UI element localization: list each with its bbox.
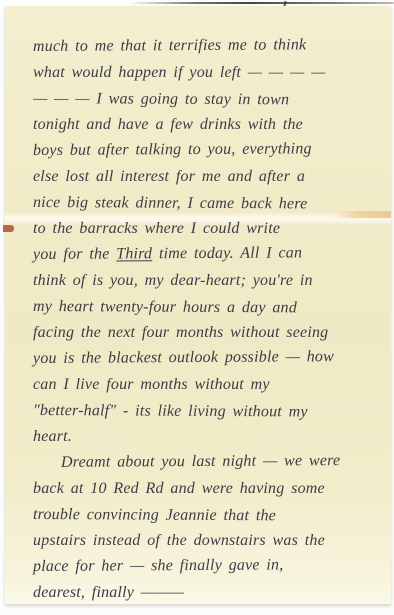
letter-line: you is the blackest outlook possible — h… [33, 344, 385, 372]
letter-line: can I live four months without my [33, 372, 385, 398]
letter-scan: much to me that it terrifies me to think… [0, 0, 394, 615]
letter-line: "better-half" - its like living without … [33, 398, 385, 426]
letter-line: boys but after talking to you, everythin… [33, 136, 385, 164]
underlined-word: Third [116, 245, 152, 262]
fold-stain-left [3, 225, 14, 232]
letter-line: you for the Third time today. All I can [33, 240, 385, 268]
letter-line: else lost all interest for me and after … [33, 164, 385, 190]
letter-line: back at 10 Red Rd and were having some [33, 476, 385, 502]
letter-line-segment: you for the [33, 245, 116, 263]
letter-line-paragraph-start: Dreamt about you last night — we were [33, 448, 385, 476]
letter-line: much to me that it terrifies me to think [33, 32, 385, 60]
letter-line: place for her — she finally gave in, [33, 552, 385, 580]
letter-line: heart. [33, 424, 385, 450]
letter-body: much to me that it terrifies me to think… [33, 34, 385, 606]
letter-line: — — — I was going to stay in town [33, 86, 385, 114]
scan-top-edge-line [130, 2, 394, 4]
letter-line: facing the next four months without seei… [33, 320, 385, 346]
letter-line: tonight and have a few drinks with the [33, 112, 385, 138]
letter-line: what would happen if you left — — — — [33, 60, 385, 86]
letter-line: dearest, finally ——— [33, 580, 385, 606]
letter-line: upstairs instead of the downstairs was t… [33, 528, 385, 554]
letter-paper: much to me that it terrifies me to think… [5, 6, 391, 604]
letter-line: to the barracks where I could write [33, 216, 385, 242]
letter-line: trouble convincing Jeannie that the [33, 502, 385, 530]
letter-line-segment: time today. All I can [152, 244, 302, 262]
letter-line: nice big steak dinner, I came back here [33, 190, 385, 218]
letter-line: my heart twenty-four hours a day and [33, 294, 385, 322]
letter-line: think of is you, my dear-heart; you're i… [33, 268, 385, 294]
